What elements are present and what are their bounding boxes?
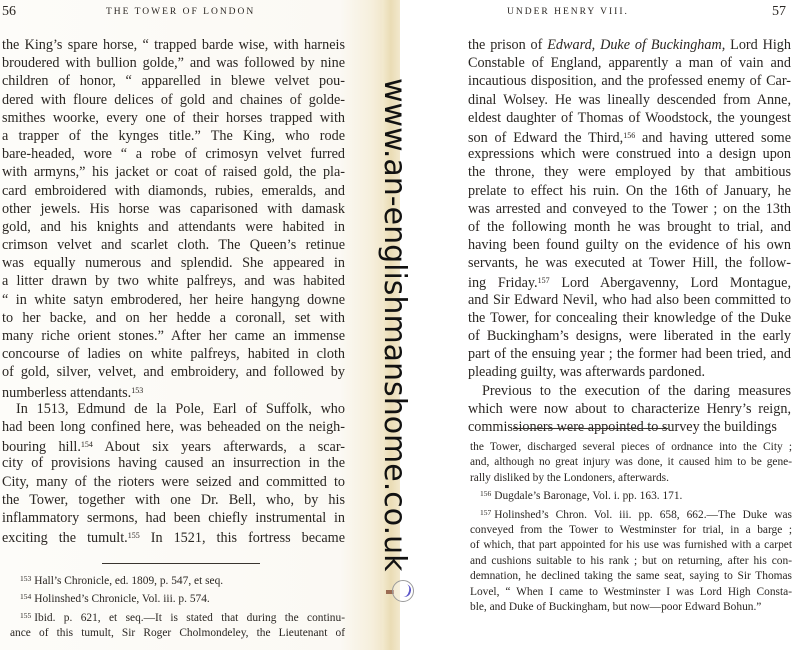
text-line: the Tower, together with one Dr. Bell, w… bbox=[2, 491, 345, 509]
right-page: UNDER HENRY VIII. 57 the prison of Edwar… bbox=[400, 0, 800, 650]
text-line: other jewels. His horse was caparisoned … bbox=[2, 200, 345, 218]
footnote-marker: 157 bbox=[538, 276, 550, 285]
footnote-divider bbox=[102, 563, 260, 564]
text-line: gold, and his knights and attendants wer… bbox=[2, 218, 345, 236]
footnote-line: ance of this tumult, Sir Roger Cholmonde… bbox=[10, 626, 345, 641]
text-line: dinal Wolsey. He was lineally descended … bbox=[468, 91, 791, 109]
text-line: City, many of the rioters were seized an… bbox=[2, 473, 345, 491]
text-line: inflammatory sermons, had been chiefly i… bbox=[2, 509, 345, 527]
text-line: numberless attendants.153 bbox=[2, 382, 345, 400]
footnote-number: 156 bbox=[480, 489, 491, 498]
footnote-marker: 156 bbox=[623, 131, 635, 140]
left-running-head: 56 THE TOWER OF LONDON bbox=[0, 4, 400, 26]
text-line: with armyns,” his jacket or coat of rais… bbox=[2, 163, 345, 181]
footnote-line: 156Dugdale’s Baronage, Vol. i. pp. 163. … bbox=[470, 486, 792, 504]
footnote-marker: 153 bbox=[131, 386, 143, 395]
text-line: a trapper of the kynges title.” The King… bbox=[2, 127, 345, 145]
right-running-title: UNDER HENRY VIII. bbox=[507, 7, 629, 17]
text-line: of the following month he was brought to… bbox=[468, 218, 791, 236]
text-line: the throne, they were employed by that a… bbox=[468, 163, 791, 181]
text-line: a litter drawn by two white palfreys, an… bbox=[2, 272, 345, 290]
footnote-line: demnation, he declined taking the same s… bbox=[470, 569, 792, 584]
footnote-line: Lovel, “ When I came to Westminster I wa… bbox=[470, 585, 792, 600]
footnote-marker: 154 bbox=[81, 440, 93, 449]
text-line: the King’s spare horse, “ trapped barde … bbox=[2, 36, 345, 54]
text-line: Previous to the execution of the daring … bbox=[468, 382, 791, 400]
text-line: concourse of ladies on white palfreys, h… bbox=[2, 345, 345, 363]
left-body-text: the King’s spare horse, “ trapped barde … bbox=[2, 36, 345, 545]
text-line: “ in white satyn embrodered, her heire h… bbox=[2, 291, 345, 309]
footnote-line: and, although no great injury was done, … bbox=[470, 455, 792, 470]
text-line: the Tower, for concealing their knowledg… bbox=[468, 309, 791, 327]
text-line: prelate to effect his ruin. On the 16th … bbox=[468, 182, 791, 200]
text-line: having been found guilty on the evidence… bbox=[468, 236, 791, 254]
text-line: smithes woorke, every one of their horse… bbox=[2, 109, 345, 127]
text-line: son of Edward the Third,156 and having u… bbox=[468, 127, 791, 145]
text-line: dered with floure delices of gold and ch… bbox=[2, 91, 345, 109]
text-line: broudered with bullion golde,” and was f… bbox=[2, 54, 345, 72]
footnote-line: the Tower, discharged several pieces of … bbox=[470, 440, 792, 455]
text-line: city of provisions having caused an insu… bbox=[2, 454, 345, 472]
circle-logo-icon bbox=[392, 580, 414, 602]
text-line: was equally numerous and splendid. She a… bbox=[2, 254, 345, 272]
right-body-text: the prison of Edward, Duke of Buckingham… bbox=[468, 36, 791, 436]
text-line: to her backe, and on her hedde a coronal… bbox=[2, 309, 345, 327]
text-line: bare-headed, wore “ a robe of crimosyn v… bbox=[2, 145, 345, 163]
text-line: was arrested and conveyed to the Tower ;… bbox=[468, 200, 791, 218]
text-line: had been long confined here, was beheade… bbox=[2, 418, 345, 436]
footnote-number: 157 bbox=[480, 508, 491, 517]
watermark-url: www.an-englishmanshome.co.uk bbox=[374, 78, 414, 578]
logo-arc-icon bbox=[398, 583, 413, 599]
text-line: eldest daughter of Thomas of Woodstock, … bbox=[468, 109, 791, 127]
right-running-head: UNDER HENRY VIII. 57 bbox=[400, 4, 800, 26]
text-line: bouring hill.154 About six years afterwa… bbox=[2, 436, 345, 454]
text-line: ing Friday.157 Lord Abergavenny, Lord Mo… bbox=[468, 272, 791, 290]
footnote-number: 155 bbox=[20, 611, 31, 620]
text-line: expressions which were construed into a … bbox=[468, 145, 791, 163]
footnote-line: ble, and Duke of Buckingham, but now—poo… bbox=[470, 600, 792, 615]
text-line: crimson velvet and scarlet cloth. The Qu… bbox=[2, 236, 345, 254]
footnote-line: of which, that part appointed for his us… bbox=[470, 538, 792, 553]
footnote-number: 153 bbox=[20, 574, 31, 583]
footnote-number: 154 bbox=[20, 592, 31, 601]
footnote-marker: 155 bbox=[128, 531, 140, 540]
text-line: which were now about to characterize Hen… bbox=[468, 400, 791, 418]
text-line: exciting the tumult.155 In 1521, this fo… bbox=[2, 527, 345, 545]
text-line: many riche orient stones.” After her cam… bbox=[2, 327, 345, 345]
text-line: servants, he was executed at Tower Hill,… bbox=[468, 254, 791, 272]
text-line: part of the ensuing year ; the former ha… bbox=[468, 345, 791, 363]
left-page-number: 56 bbox=[2, 4, 16, 20]
footnote-line: 157Holinshed’s Chron. Vol. iii. pp. 658,… bbox=[470, 505, 792, 523]
footnote-line: conveyed from the Tower to Westminster f… bbox=[470, 523, 792, 538]
left-running-title: THE TOWER OF LONDON bbox=[106, 7, 255, 17]
footnote-line: rally disliked by the Londoners, afterwa… bbox=[470, 471, 792, 486]
left-footnotes: 153Hall’s Chronicle, ed. 1809, p. 547, e… bbox=[10, 571, 345, 642]
italic-name: Edward, Duke of Buckingham, bbox=[547, 37, 725, 53]
footnote-line: 155Ibid. p. 621, et seq.—It is stated th… bbox=[10, 608, 345, 626]
text-line: incautious disposition, and the professe… bbox=[468, 72, 791, 90]
right-footnotes: the Tower, discharged several pieces of … bbox=[470, 440, 792, 615]
footnote-line: and cushions suitable to his rank ; but … bbox=[470, 554, 792, 569]
right-page-number: 57 bbox=[772, 4, 786, 20]
footnote-line: 153Hall’s Chronicle, ed. 1809, p. 547, e… bbox=[10, 571, 345, 589]
text-line: Constable of England, apparently a man o… bbox=[468, 54, 791, 72]
text-line: card embroidered with diamonds, rubies, … bbox=[2, 182, 345, 200]
left-page: 56 THE TOWER OF LONDON the King’s spare … bbox=[0, 0, 400, 650]
text-line: and Sir Edward Nevil, who had also been … bbox=[468, 291, 791, 309]
footnote-divider bbox=[513, 428, 668, 429]
footnote-line: 154Holinshed’s Chronicle, Vol. iii. p. 5… bbox=[10, 589, 345, 607]
text-line: pleading guilty, was afterwards pardoned… bbox=[468, 363, 791, 381]
text-line: of gold, silver, velvet, and embroidery,… bbox=[2, 363, 345, 381]
text-line: In 1513, Edmund de la Pole, Earl of Suff… bbox=[2, 400, 345, 418]
text-line: of Buckingham’s designs, were liberated … bbox=[468, 327, 791, 345]
text-line: children of honor, “ apparelled in blewe… bbox=[2, 72, 345, 90]
text-line: the prison of Edward, Duke of Buckingham… bbox=[468, 36, 791, 54]
